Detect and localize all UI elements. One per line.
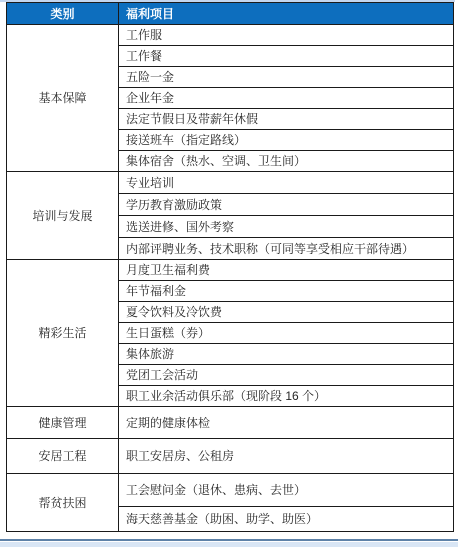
benefit-item-cell: 企业年金: [119, 88, 454, 109]
category-cell: 健康管理: [7, 407, 119, 439]
benefit-item-cell: 年节福利金: [119, 281, 454, 302]
col-header-items: 福利项目: [119, 3, 454, 25]
benefit-item-cell: 夏令饮料及冷饮费: [119, 302, 454, 323]
benefit-item-cell: 内部评聘业务、技术职称（可同等享受相应干部待遇）: [119, 238, 454, 260]
benefit-item-cell: 工作餐: [119, 46, 454, 67]
benefit-item-cell: 生日蛋糕（券）: [119, 323, 454, 344]
benefit-item-cell: 学历教育激励政策: [119, 194, 454, 216]
benefit-item-cell: 法定节假日及带薪年休假: [119, 109, 454, 130]
category-cell: 帮贫扶困: [7, 474, 119, 532]
benefit-item-cell: 职工安居房、公租房: [119, 439, 454, 474]
table-row: 帮贫扶困工会慰问金（退休、患病、去世）: [7, 474, 454, 507]
header-row: 类别 福利项目: [7, 3, 454, 25]
benefit-item-cell: 月度卫生福利费: [119, 260, 454, 281]
category-cell: 安居工程: [7, 439, 119, 474]
benefit-item-cell: 定期的健康体检: [119, 407, 454, 439]
benefit-item-cell: 专业培训: [119, 172, 454, 194]
table-row: 培训与发展专业培训: [7, 172, 454, 194]
col-header-category: 类别: [7, 3, 119, 25]
bottom-divider-line: [0, 539, 458, 541]
category-cell: 精彩生活: [7, 260, 119, 407]
benefit-item-cell: 党团工会活动: [119, 365, 454, 386]
table-row: 健康管理定期的健康体检: [7, 407, 454, 439]
benefit-item-cell: 五险一金: [119, 67, 454, 88]
page: 类别 福利项目 基本保障工作服工作餐五险一金企业年金法定节假日及带薪年休假接送班…: [0, 0, 458, 547]
benefit-item-cell: 接送班车（指定路线）: [119, 130, 454, 151]
benefit-item-cell: 职工业余活动俱乐部（现阶段 16 个）: [119, 386, 454, 407]
benefit-item-cell: 工会慰问金（退休、患病、去世）: [119, 474, 454, 507]
table-row: 安居工程职工安居房、公租房: [7, 439, 454, 474]
table-row: 精彩生活月度卫生福利费: [7, 260, 454, 281]
category-cell: 培训与发展: [7, 172, 119, 260]
bottom-edge-band: [0, 542, 458, 547]
benefit-item-cell: 选送进修、国外考察: [119, 216, 454, 238]
benefit-item-cell: 集体宿舍（热水、空调、卫生间）: [119, 151, 454, 172]
category-cell: 基本保障: [7, 25, 119, 172]
table-row: 基本保障工作服: [7, 25, 454, 46]
benefits-table: 类别 福利项目 基本保障工作服工作餐五险一金企业年金法定节假日及带薪年休假接送班…: [6, 2, 454, 532]
table-body: 基本保障工作服工作餐五险一金企业年金法定节假日及带薪年休假接送班车（指定路线）集…: [7, 25, 454, 532]
benefit-item-cell: 工作服: [119, 25, 454, 46]
benefit-item-cell: 海天慈善基金（助困、助学、助医）: [119, 507, 454, 532]
benefit-item-cell: 集体旅游: [119, 344, 454, 365]
